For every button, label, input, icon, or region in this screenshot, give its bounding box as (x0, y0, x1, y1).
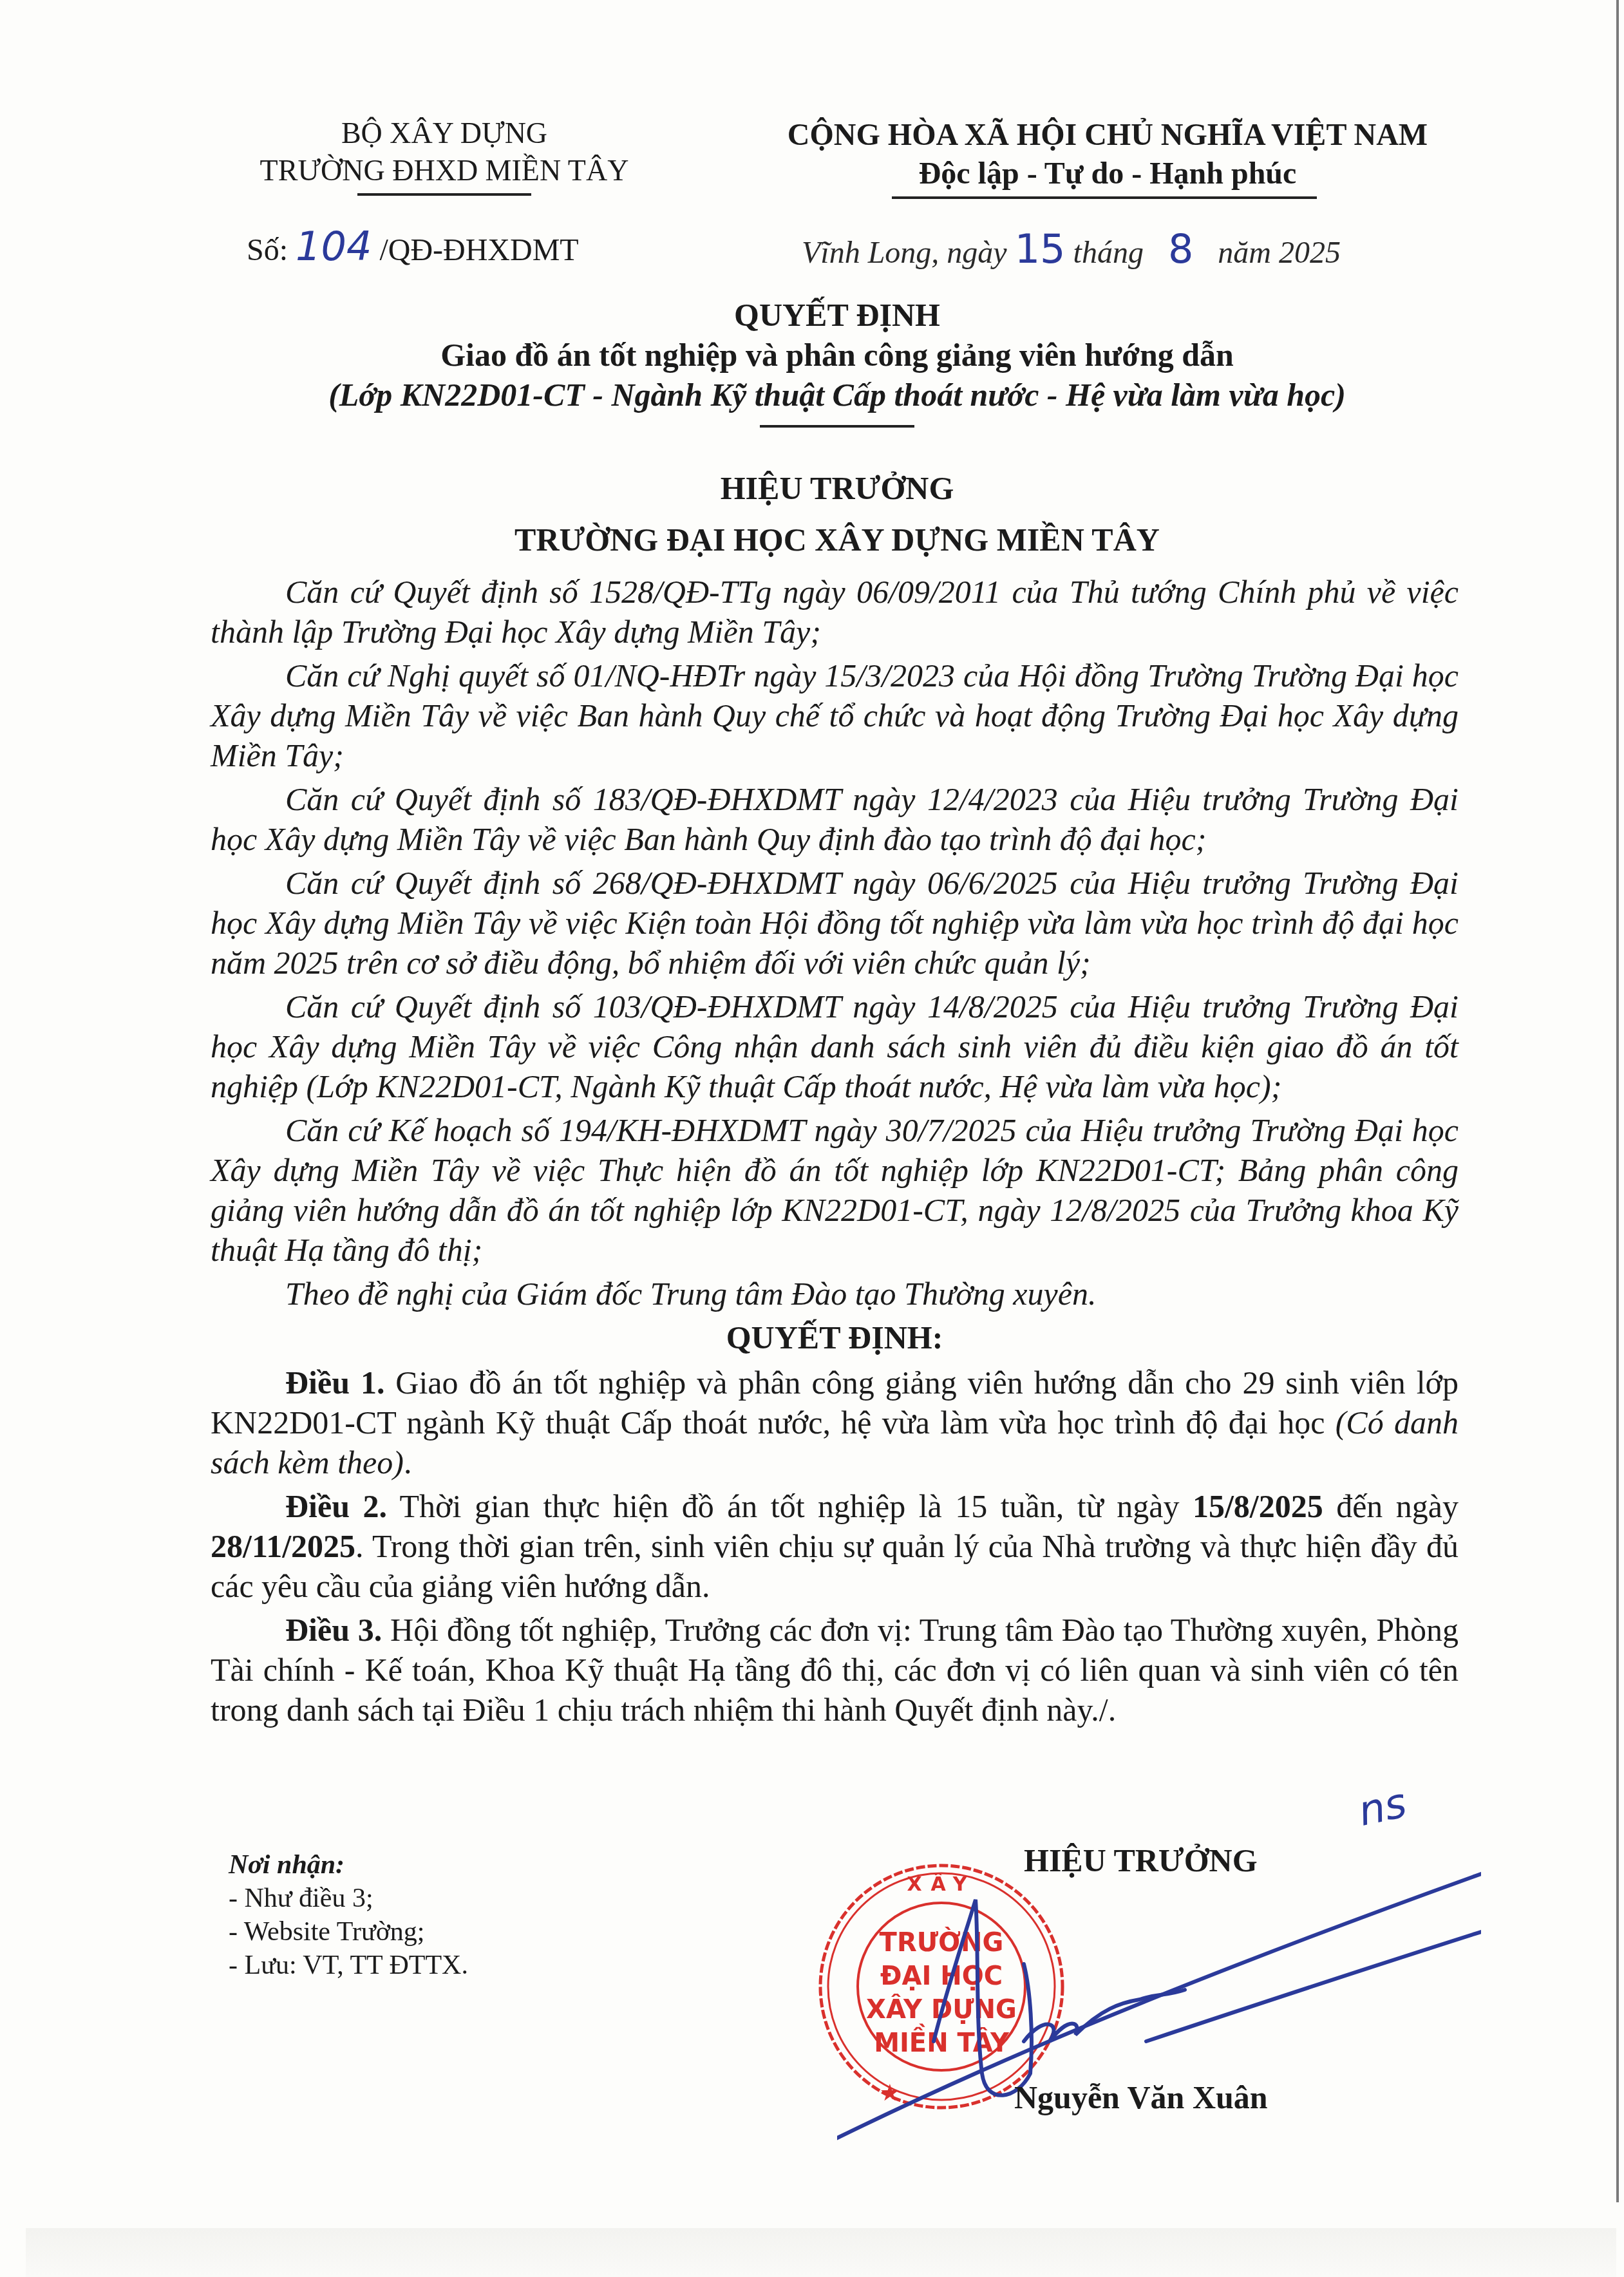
legal-basis: Căn cứ Quyết định số 103/QĐ-ĐHXDMT ngày … (211, 987, 1459, 1106)
title-divider (760, 425, 914, 428)
issuer-header: BỘ XÂY DỰNG TRƯỜNG ĐHXD MIỀN TÂY (193, 115, 695, 191)
article-3: Điều 3. Hội đồng tốt nghiệp, Trưởng các … (211, 1610, 1459, 1730)
decision-title: QUYẾT ĐỊNH (212, 295, 1462, 335)
handwritten-month: 8 (1168, 225, 1193, 272)
school-underline (357, 193, 531, 196)
legal-basis: Căn cứ Kế hoạch số 194/KH-ĐHXDMT ngày 30… (211, 1110, 1459, 1270)
recipient-item: - Website Trường; (229, 1915, 468, 1949)
proposal-basis: Theo đề nghị của Giám đốc Trung tâm Đào … (211, 1274, 1459, 1314)
handwritten-day: 15 (1015, 225, 1066, 272)
place-date: Vĩnh Long, ngày 15 tháng 8 năm 2025 (802, 225, 1341, 272)
legal-basis: Căn cứ Quyết định số 183/QĐ-ĐHXDMT ngày … (211, 779, 1459, 859)
article-1: Điều 1. Giao đồ án tốt nghiệp và phân cô… (211, 1363, 1459, 1482)
handwritten-number: 104 (296, 223, 372, 270)
nation-title: CỘNG HÒA XÃ HỘI CHỦ NGHĨA VIỆT NAM (741, 116, 1475, 155)
recipient-item: - Lưu: VT, TT ĐTTX. (229, 1949, 468, 1982)
scan-edge-bottom (26, 2228, 1616, 2277)
scan-edge-right (1616, 0, 1619, 2202)
authority-org: TRƯỜNG ĐẠI HỌC XÂY DỰNG MIỀN TÂY (212, 514, 1462, 565)
recipient-item: - Như điều 3; (229, 1882, 468, 1915)
national-motto: Độc lập - Tự do - Hạnh phúc (741, 155, 1475, 193)
school-name: TRƯỜNG ĐHXD MIỀN TÂY (193, 152, 695, 191)
motto-underline (892, 196, 1317, 199)
handwritten-signature (837, 1829, 1481, 2189)
authority-block: HIỆU TRƯỞNG TRƯỜNG ĐẠI HỌC XÂY DỰNG MIỀN… (212, 462, 1462, 565)
signer-name: Nguyễn Văn Xuân (1014, 2079, 1268, 2116)
decision-body: Căn cứ Quyết định số 1528/QĐ-TTg ngày 06… (211, 572, 1459, 1734)
handwritten-initials: ns (1354, 1779, 1411, 1836)
legal-basis: Căn cứ Nghị quyết số 01/NQ-HĐTr ngày 15/… (211, 656, 1459, 775)
decision-subject-detail: (Lớp KN22D01-CT - Ngành Kỹ thuật Cấp tho… (212, 375, 1462, 415)
legal-basis: Căn cứ Quyết định số 268/QĐ-ĐHXDMT ngày … (211, 863, 1459, 983)
authority-title: HIỆU TRƯỞNG (212, 462, 1462, 514)
decision-heading: QUYẾT ĐỊNH: (211, 1318, 1459, 1357)
ministry-name: BỘ XÂY DỰNG (193, 115, 695, 152)
recipients-block: Nơi nhận: - Như điều 3; - Website Trường… (229, 1848, 468, 1982)
decision-subject: Giao đồ án tốt nghiệp và phân công giảng… (212, 335, 1462, 375)
signer-title: HIỆU TRƯỞNG (1024, 1842, 1258, 1879)
recipients-label: Nơi nhận: (229, 1848, 468, 1882)
article-2: Điều 2. Thời gian thực hiện đồ án tốt ng… (211, 1486, 1459, 1606)
legal-basis: Căn cứ Quyết định số 1528/QĐ-TTg ngày 06… (211, 572, 1459, 652)
national-header: CỘNG HÒA XÃ HỘI CHỦ NGHĨA VIỆT NAM Độc l… (741, 116, 1475, 193)
decision-title-block: QUYẾT ĐỊNH Giao đồ án tốt nghiệp và phân… (212, 295, 1462, 428)
document-number: Số: 104 /QĐ-ĐHXDMT (247, 223, 579, 270)
